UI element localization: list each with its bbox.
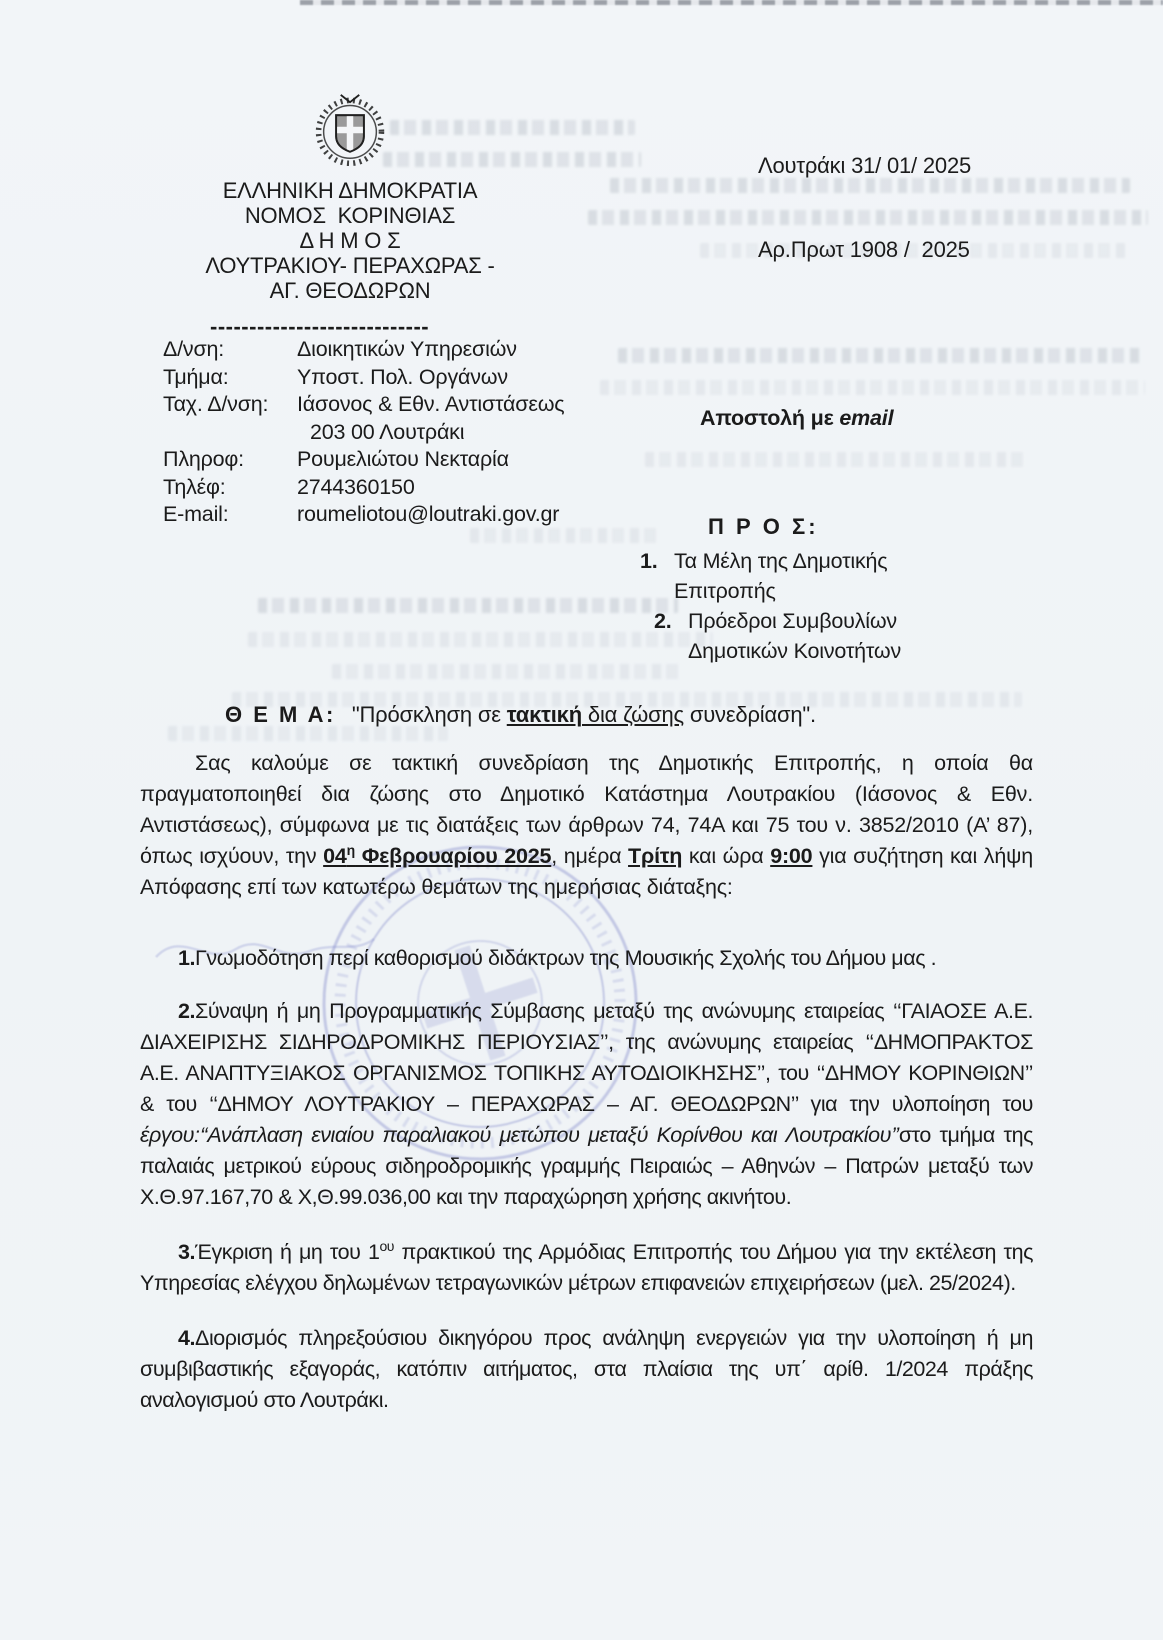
contact-email: roumeliotou@loutraki.gov.gr (297, 501, 559, 529)
agenda-item-text: Σύναψη ή μη Προγραμματικής Σύμβασης μετα… (140, 999, 1033, 1116)
agenda-item-number: 1. (178, 946, 195, 970)
org-municipality-name-1: ΛΟΥΤΡΑΚΙΟΥ- ΠΕΡΑΧΩΡΑΣ - (150, 253, 550, 278)
agenda-item-3: 3.Έγκριση ή μη του 1ου πρακτικού της Αρμ… (140, 1237, 1033, 1299)
session-weekday: Τρίτη (628, 844, 682, 868)
place-date-line: Λουτράκι 31/ 01/ 2025 (758, 152, 971, 180)
bleed-through-artifact (332, 664, 682, 679)
contact-value: Διοικητικών Υπηρεσιών (297, 336, 517, 364)
contact-value: Ρουμελιώτου Νεκταρία (297, 446, 509, 474)
bleed-through-artifact (618, 348, 1143, 363)
recipient-number: 2. (654, 606, 688, 666)
org-municipality-name-2: ΑΓ. ΘΕΟΔΩΡΩΝ (150, 278, 550, 303)
session-date-day: 04 (323, 844, 347, 868)
org-country: ΕΛΛΗΝΙΚΗ ΔΗΜΟΚΡΑΤΙΑ (150, 178, 550, 203)
subject-label: Θ Ε Μ Α: (225, 702, 336, 727)
recipient-line: Τα Μέλη της Δημοτικής (674, 549, 887, 573)
greek-national-emblem-icon (313, 88, 387, 172)
project-title-italic: έργου:‘‘Ανάπλαση ενιαίου παραλιακού μετώ… (140, 1123, 899, 1147)
contact-label: Τηλέφ: (163, 474, 297, 502)
agenda-item-number: 4. (178, 1326, 195, 1350)
recipient-item: 1. Τα Μέλη της ΔημοτικήςΕπιτροπής (640, 546, 990, 606)
subject-close: συνεδρίαση". (684, 702, 816, 727)
recipient-item: 2. Πρόεδροι ΣυμβουλίωνΔημοτικών Κοινοτήτ… (654, 606, 990, 666)
contact-row: E-mail:roumeliotou@loutraki.gov.gr (163, 501, 564, 529)
subject-emphasis: δια ζώσης (582, 702, 684, 727)
contact-row: Τμήμα:Υποστ. Πολ. Οργάνων (163, 364, 564, 392)
agenda-item-1: 1.Γνωμοδότηση περί καθορισμού διδάκτρων … (140, 943, 1033, 974)
contact-label: Πληροφ: (163, 446, 297, 474)
subject-emphasis-bold: τακτική (507, 702, 582, 727)
session-date: 04η Φεβρουαρίου 2025 (323, 844, 551, 868)
contact-row: Τηλέφ:2744360150 (163, 474, 564, 502)
org-prefecture: ΝΟΜΟΣ ΚΟΡΙΝΘΙΑΣ (150, 203, 550, 228)
bleed-through-artifact (168, 726, 448, 741)
agenda-item-4: 4.Διορισμός πληρεξούσιου δικηγόρου προς … (140, 1323, 1033, 1416)
bleed-through-artifact (470, 528, 660, 543)
scanned-letter-page: ΕΛΛΗΝΙΚΗ ΔΗΜΟΚΡΑΤΙΑ ΝΟΜΟΣ ΚΟΡΙΝΘΙΑΣ Δ Η … (0, 0, 1163, 1640)
contact-phone: 2744360150 (297, 474, 415, 502)
intro-text: , ημέρα (551, 844, 628, 868)
agenda-item-text: Διορισμός πληρεξούσιου δικηγόρου προς αν… (140, 1326, 1033, 1412)
delivery-method: email (839, 406, 893, 430)
org-municipality-word: Δ Η Μ Ο Σ (150, 228, 550, 253)
recipient-text: Τα Μέλη της ΔημοτικήςΕπιτροπής (674, 546, 887, 606)
subject-open: "Πρόσκληση σε (352, 702, 507, 727)
delivery-prefix: Αποστολή με (700, 406, 839, 430)
contact-row: Ταχ. Δ/νση:Ιάσονος & Εθν. Αντιστάσεως (163, 391, 564, 419)
contact-info-block: Δ/νση:Διοικητικών Υπηρεσιών Τμήμα:Υποστ.… (163, 336, 564, 529)
agenda-item-number: 2. (178, 999, 195, 1023)
letter-body: Σας καλούμε σε τακτική συνεδρίαση της Δη… (140, 748, 1033, 1416)
contact-label: Δ/νση: (163, 336, 297, 364)
contact-row: Δ/νση:Διοικητικών Υπηρεσιών (163, 336, 564, 364)
subject-line: Θ Ε Μ Α:"Πρόσκληση σε τακτική δια ζώσης … (225, 702, 816, 728)
recipient-line: Δημοτικών Κοινοτήτων (688, 639, 901, 663)
contact-row: 203 00 Λουτράκι (163, 419, 564, 447)
ordinal-sup: ου (379, 1238, 394, 1254)
contact-value: 203 00 Λουτράκι (297, 419, 464, 447)
contact-label (163, 419, 297, 447)
recipient-line: Επιτροπής (674, 579, 776, 603)
contact-row: Πληροφ:Ρουμελιώτου Νεκταρία (163, 446, 564, 474)
contact-value: Υποστ. Πολ. Οργάνων (297, 364, 508, 392)
contact-label: Τμήμα: (163, 364, 297, 392)
recipient-number: 1. (640, 546, 674, 606)
bleed-through-artifact (600, 380, 1145, 395)
delivery-note: Αποστολή με email (700, 406, 893, 431)
agenda-item-number: 3. (178, 1240, 195, 1264)
letterhead: ΕΛΛΗΝΙΚΗ ΔΗΜΟΚΡΑΤΙΑ ΝΟΜΟΣ ΚΟΡΙΝΘΙΑΣ Δ Η … (150, 88, 550, 303)
intro-paragraph: Σας καλούμε σε τακτική συνεδρίαση της Δη… (140, 748, 1033, 903)
agenda-item-text: Έγκριση ή μη του 1 (195, 1240, 379, 1264)
intro-text: και ώρα (682, 844, 770, 868)
session-date-ordinal: η (347, 842, 355, 858)
agenda-item-2: 2.Σύναψη ή μη Προγραμματικής Σύμβασης με… (140, 996, 1033, 1213)
protocol-number-line: Αρ.Πρωτ 1908 / 2025 (758, 236, 971, 264)
bleed-through-artifact (258, 598, 678, 613)
scan-edge-artifact (300, 0, 1163, 5)
recipient-text: Πρόεδροι ΣυμβουλίωνΔημοτικών Κοινοτήτων (688, 606, 901, 666)
bleed-through-artifact (645, 452, 1025, 467)
agenda-item-text: Γνωμοδότηση περί καθορισμού διδάκτρων τη… (195, 946, 936, 970)
date-protocol-block: Λουτράκι 31/ 01/ 2025 Αρ.Πρωτ 1908 / 202… (758, 96, 971, 320)
contact-label: E-mail: (163, 501, 297, 529)
contact-label: Ταχ. Δ/νση: (163, 391, 297, 419)
recipient-line: Πρόεδροι Συμβουλίων (688, 609, 897, 633)
session-time: 9:00 (770, 844, 812, 868)
recipients-block: Π Ρ Ο Σ: 1. Τα Μέλη της ΔημοτικήςΕπιτροπ… (640, 512, 990, 666)
session-date-month: Φεβρουαρίου 2025 (355, 844, 551, 868)
recipients-title: Π Ρ Ο Σ: (640, 512, 990, 542)
contact-value: Ιάσονος & Εθν. Αντιστάσεως (297, 391, 564, 419)
